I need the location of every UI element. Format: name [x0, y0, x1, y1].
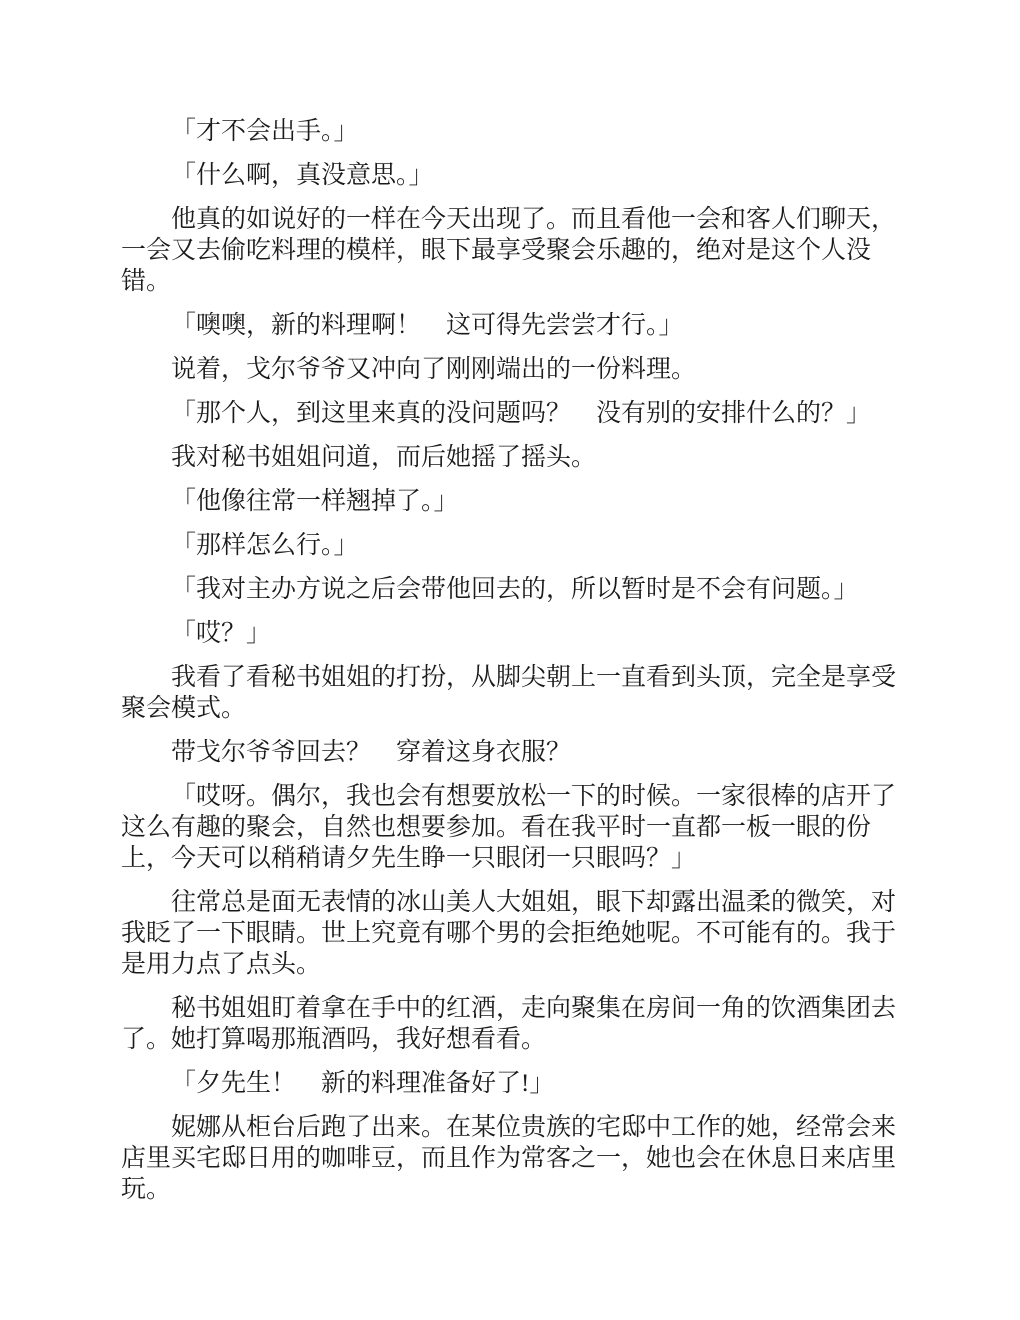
text-line: 带戈尔爷爷回去？ 穿着这身衣服？ [121, 737, 900, 768]
text-line: 聚会模式。 [121, 693, 900, 724]
text-line: 上，今天可以稍稍请夕先生睁一只眼闭一只眼吗？」 [121, 843, 900, 874]
dialogue-paragraph: 「哎？」 [121, 618, 900, 649]
text-line: 说着，戈尔爷爷又冲向了刚刚端出的一份料理。 [121, 354, 900, 385]
text-line: 「什么啊，真没意思。」 [121, 160, 900, 191]
text-line: 一会又去偷吃料理的模样，眼下最享受聚会乐趣的，绝对是这个人没 [121, 235, 900, 266]
text-line: 「哎？」 [121, 618, 900, 649]
text-line: 「噢噢，新的料理啊！ 这可得先尝尝才行。」 [121, 310, 900, 341]
dialogue-paragraph: 「他像往常一样翘掉了。」 [121, 486, 900, 517]
text-line: 错。 [121, 266, 900, 297]
narration-paragraph: 他真的如说好的一样在今天出现了。而且看他一会和客人们聊天，一会又去偷吃料理的模样… [121, 204, 900, 297]
text-line: 这么有趣的聚会，自然也想要参加。看在我平时一直都一板一眼的份 [121, 812, 900, 843]
text-line: 他真的如说好的一样在今天出现了。而且看他一会和客人们聊天， [121, 204, 900, 235]
dialogue-paragraph: 「才不会出手。」 [121, 116, 900, 147]
text-line: 「他像往常一样翘掉了。」 [121, 486, 900, 517]
text-line: 「夕先生！ 新的料理准备好了!」 [121, 1068, 900, 1099]
text-line: 妮娜从柜台后跑了出来。在某位贵族的宅邸中工作的她，经常会来 [121, 1112, 900, 1143]
text-line: 玩。 [121, 1174, 900, 1205]
text-line: 我对秘书姐姐问道，而后她摇了摇头。 [121, 442, 900, 473]
text-line: 「哎呀。偶尔，我也会有想要放松一下的时候。一家很棒的店开了 [121, 781, 900, 812]
text-content: 「才不会出手。」「什么啊，真没意思。」他真的如说好的一样在今天出现了。而且看他一… [121, 116, 900, 1218]
text-line: 「那个人，到这里来真的没问题吗？ 没有别的安排什么的？」 [121, 398, 900, 429]
text-line: 了。她打算喝那瓶酒吗，我好想看看。 [121, 1024, 900, 1055]
narration-paragraph: 往常总是面无表情的冰山美人大姐姐，眼下却露出温柔的微笑，对我眨了一下眼睛。世上究… [121, 887, 900, 980]
narration-paragraph: 妮娜从柜台后跑了出来。在某位贵族的宅邸中工作的她，经常会来店里买宅邸日用的咖啡豆… [121, 1112, 900, 1205]
text-line: 往常总是面无表情的冰山美人大姐姐，眼下却露出温柔的微笑，对 [121, 887, 900, 918]
text-line: 「我对主办方说之后会带他回去的，所以暂时是不会有问题。」 [121, 574, 900, 605]
narration-paragraph: 我对秘书姐姐问道，而后她摇了摇头。 [121, 442, 900, 473]
text-line: 我看了看秘书姐姐的打扮，从脚尖朝上一直看到头顶，完全是享受 [121, 662, 900, 693]
text-line: 秘书姐姐盯着拿在手中的红酒，走向聚集在房间一角的饮酒集团去 [121, 993, 900, 1024]
dialogue-paragraph: 「我对主办方说之后会带他回去的，所以暂时是不会有问题。」 [121, 574, 900, 605]
narration-paragraph: 说着，戈尔爷爷又冲向了刚刚端出的一份料理。 [121, 354, 900, 385]
narration-paragraph: 带戈尔爷爷回去？ 穿着这身衣服？ [121, 737, 900, 768]
dialogue-paragraph: 「那样怎么行。」 [121, 530, 900, 561]
narration-paragraph: 秘书姐姐盯着拿在手中的红酒，走向聚集在房间一角的饮酒集团去了。她打算喝那瓶酒吗，… [121, 993, 900, 1055]
dialogue-paragraph: 「噢噢，新的料理啊！ 这可得先尝尝才行。」 [121, 310, 900, 341]
dialogue-paragraph: 「夕先生！ 新的料理准备好了!」 [121, 1068, 900, 1099]
text-line: 「才不会出手。」 [121, 116, 900, 147]
dialogue-paragraph: 「哎呀。偶尔，我也会有想要放松一下的时候。一家很棒的店开了这么有趣的聚会，自然也… [121, 781, 900, 874]
dialogue-paragraph: 「什么啊，真没意思。」 [121, 160, 900, 191]
text-line: 是用力点了点头。 [121, 949, 900, 980]
dialogue-paragraph: 「那个人，到这里来真的没问题吗？ 没有别的安排什么的？」 [121, 398, 900, 429]
text-line: 店里买宅邸日用的咖啡豆，而且作为常客之一，她也会在休息日来店里 [121, 1143, 900, 1174]
text-line: 「那样怎么行。」 [121, 530, 900, 561]
book-page: 「才不会出手。」「什么啊，真没意思。」他真的如说好的一样在今天出现了。而且看他一… [0, 0, 1020, 1320]
text-line: 我眨了一下眼睛。世上究竟有哪个男的会拒绝她呢。不可能有的。我于 [121, 918, 900, 949]
narration-paragraph: 我看了看秘书姐姐的打扮，从脚尖朝上一直看到头顶，完全是享受聚会模式。 [121, 662, 900, 724]
